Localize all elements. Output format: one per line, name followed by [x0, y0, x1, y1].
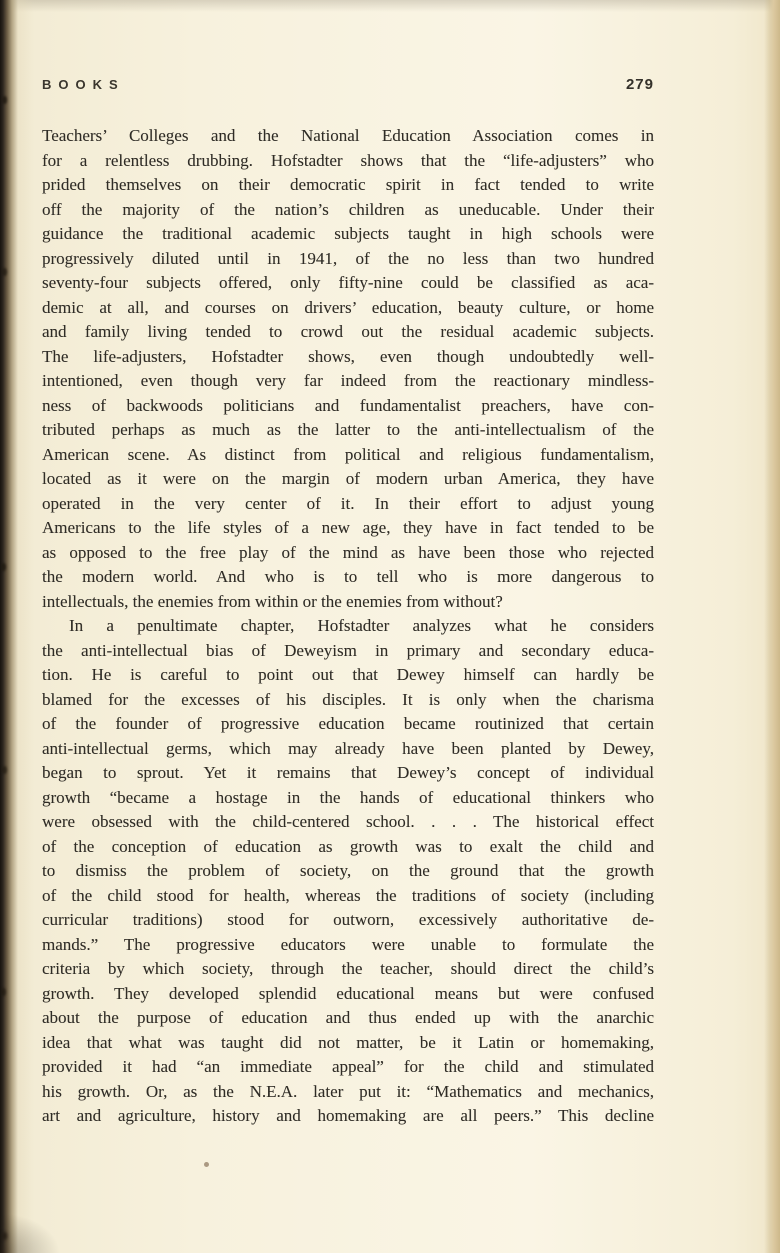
text-line: of the child stood for health, whereas t…	[42, 884, 654, 909]
text-line: about the purpose of education and thus …	[42, 1006, 654, 1031]
text-line: off the majority of the nation’s childre…	[42, 198, 654, 223]
corner-shadow	[0, 1213, 60, 1253]
text-line: anti-intellectual germs, which may alrea…	[42, 737, 654, 762]
text-line: were obsessed with the child-centered sc…	[42, 810, 654, 835]
book-page: BOOKS 279 Teachers’ Colleges and the Nat…	[0, 0, 780, 1253]
paragraph: Teachers’ Colleges and the National Educ…	[42, 124, 654, 614]
text-line: located as it were on the margin of mode…	[42, 467, 654, 492]
text-line: intentioned, even though very far indeed…	[42, 369, 654, 394]
text-line: operated in the very center of it. In th…	[42, 492, 654, 517]
text-line: for a relentless drubbing. Hofstadter sh…	[42, 149, 654, 174]
running-head: BOOKS 279	[42, 76, 654, 93]
text-line: provided it had “an immediate appeal” fo…	[42, 1055, 654, 1080]
text-line: seventy-four subjects offered, only fift…	[42, 271, 654, 296]
text-line: the modern world. And who is to tell who…	[42, 565, 654, 590]
text-line: In a penultimate chapter, Hofstadter ana…	[42, 614, 654, 639]
text-line: growth. They developed splendid educatio…	[42, 982, 654, 1007]
page-top-shadow	[0, 0, 780, 12]
text-line: of the founder of progressive education …	[42, 712, 654, 737]
text-line: art and agriculture, history and homemak…	[42, 1104, 654, 1129]
text-line: Americans to the life styles of a new ag…	[42, 516, 654, 541]
text-line: tion. He is careful to point out that De…	[42, 663, 654, 688]
text-line: mands.” The progressive educators were u…	[42, 933, 654, 958]
text-line: curricular traditions) stood for outworn…	[42, 908, 654, 933]
text-line: Teachers’ Colleges and the National Educ…	[42, 124, 654, 149]
text-line: growth “became a hostage in the hands of…	[42, 786, 654, 811]
text-line: to dismiss the problem of society, on th…	[42, 859, 654, 884]
text-line: The life-adjusters, Hofstadter shows, ev…	[42, 345, 654, 370]
text-line: criteria by which society, through the t…	[42, 957, 654, 982]
text-line: idea that what was taught did not matter…	[42, 1031, 654, 1056]
text-line: progressively diluted until in 1941, of …	[42, 247, 654, 272]
text-line: and family living tended to crowd out th…	[42, 320, 654, 345]
text-line: began to sprout. Yet it remains that Dew…	[42, 761, 654, 786]
text-line: as opposed to the free play of the mind …	[42, 541, 654, 566]
page-right-edge	[764, 0, 780, 1253]
text-line: prided themselves on their democratic sp…	[42, 173, 654, 198]
text-line: the anti-intellectual bias of Deweyism i…	[42, 639, 654, 664]
text-line: American scene. As distinct from politic…	[42, 443, 654, 468]
ink-speck	[204, 1162, 209, 1167]
text-line: ness of backwoods politicians and fundam…	[42, 394, 654, 419]
text-line: tributed perhaps as much as the latter t…	[42, 418, 654, 443]
text-line: his growth. Or, as the N.E.A. later put …	[42, 1080, 654, 1105]
binding-edge-shadow	[0, 0, 34, 1253]
text-line: intellectuals, the enemies from within o…	[42, 590, 654, 615]
page-number: 279	[626, 76, 654, 93]
text-block: Teachers’ Colleges and the National Educ…	[42, 124, 654, 1129]
binding-marks	[1, 0, 6, 8]
running-head-title: BOOKS	[42, 77, 125, 92]
paragraph: In a penultimate chapter, Hofstadter ana…	[42, 614, 654, 1129]
text-line: demic at all, and courses on drivers’ ed…	[42, 296, 654, 321]
text-line: blamed for the excesses of his disciples…	[42, 688, 654, 713]
text-line: guidance the traditional academic subjec…	[42, 222, 654, 247]
text-line: of the conception of education as growth…	[42, 835, 654, 860]
